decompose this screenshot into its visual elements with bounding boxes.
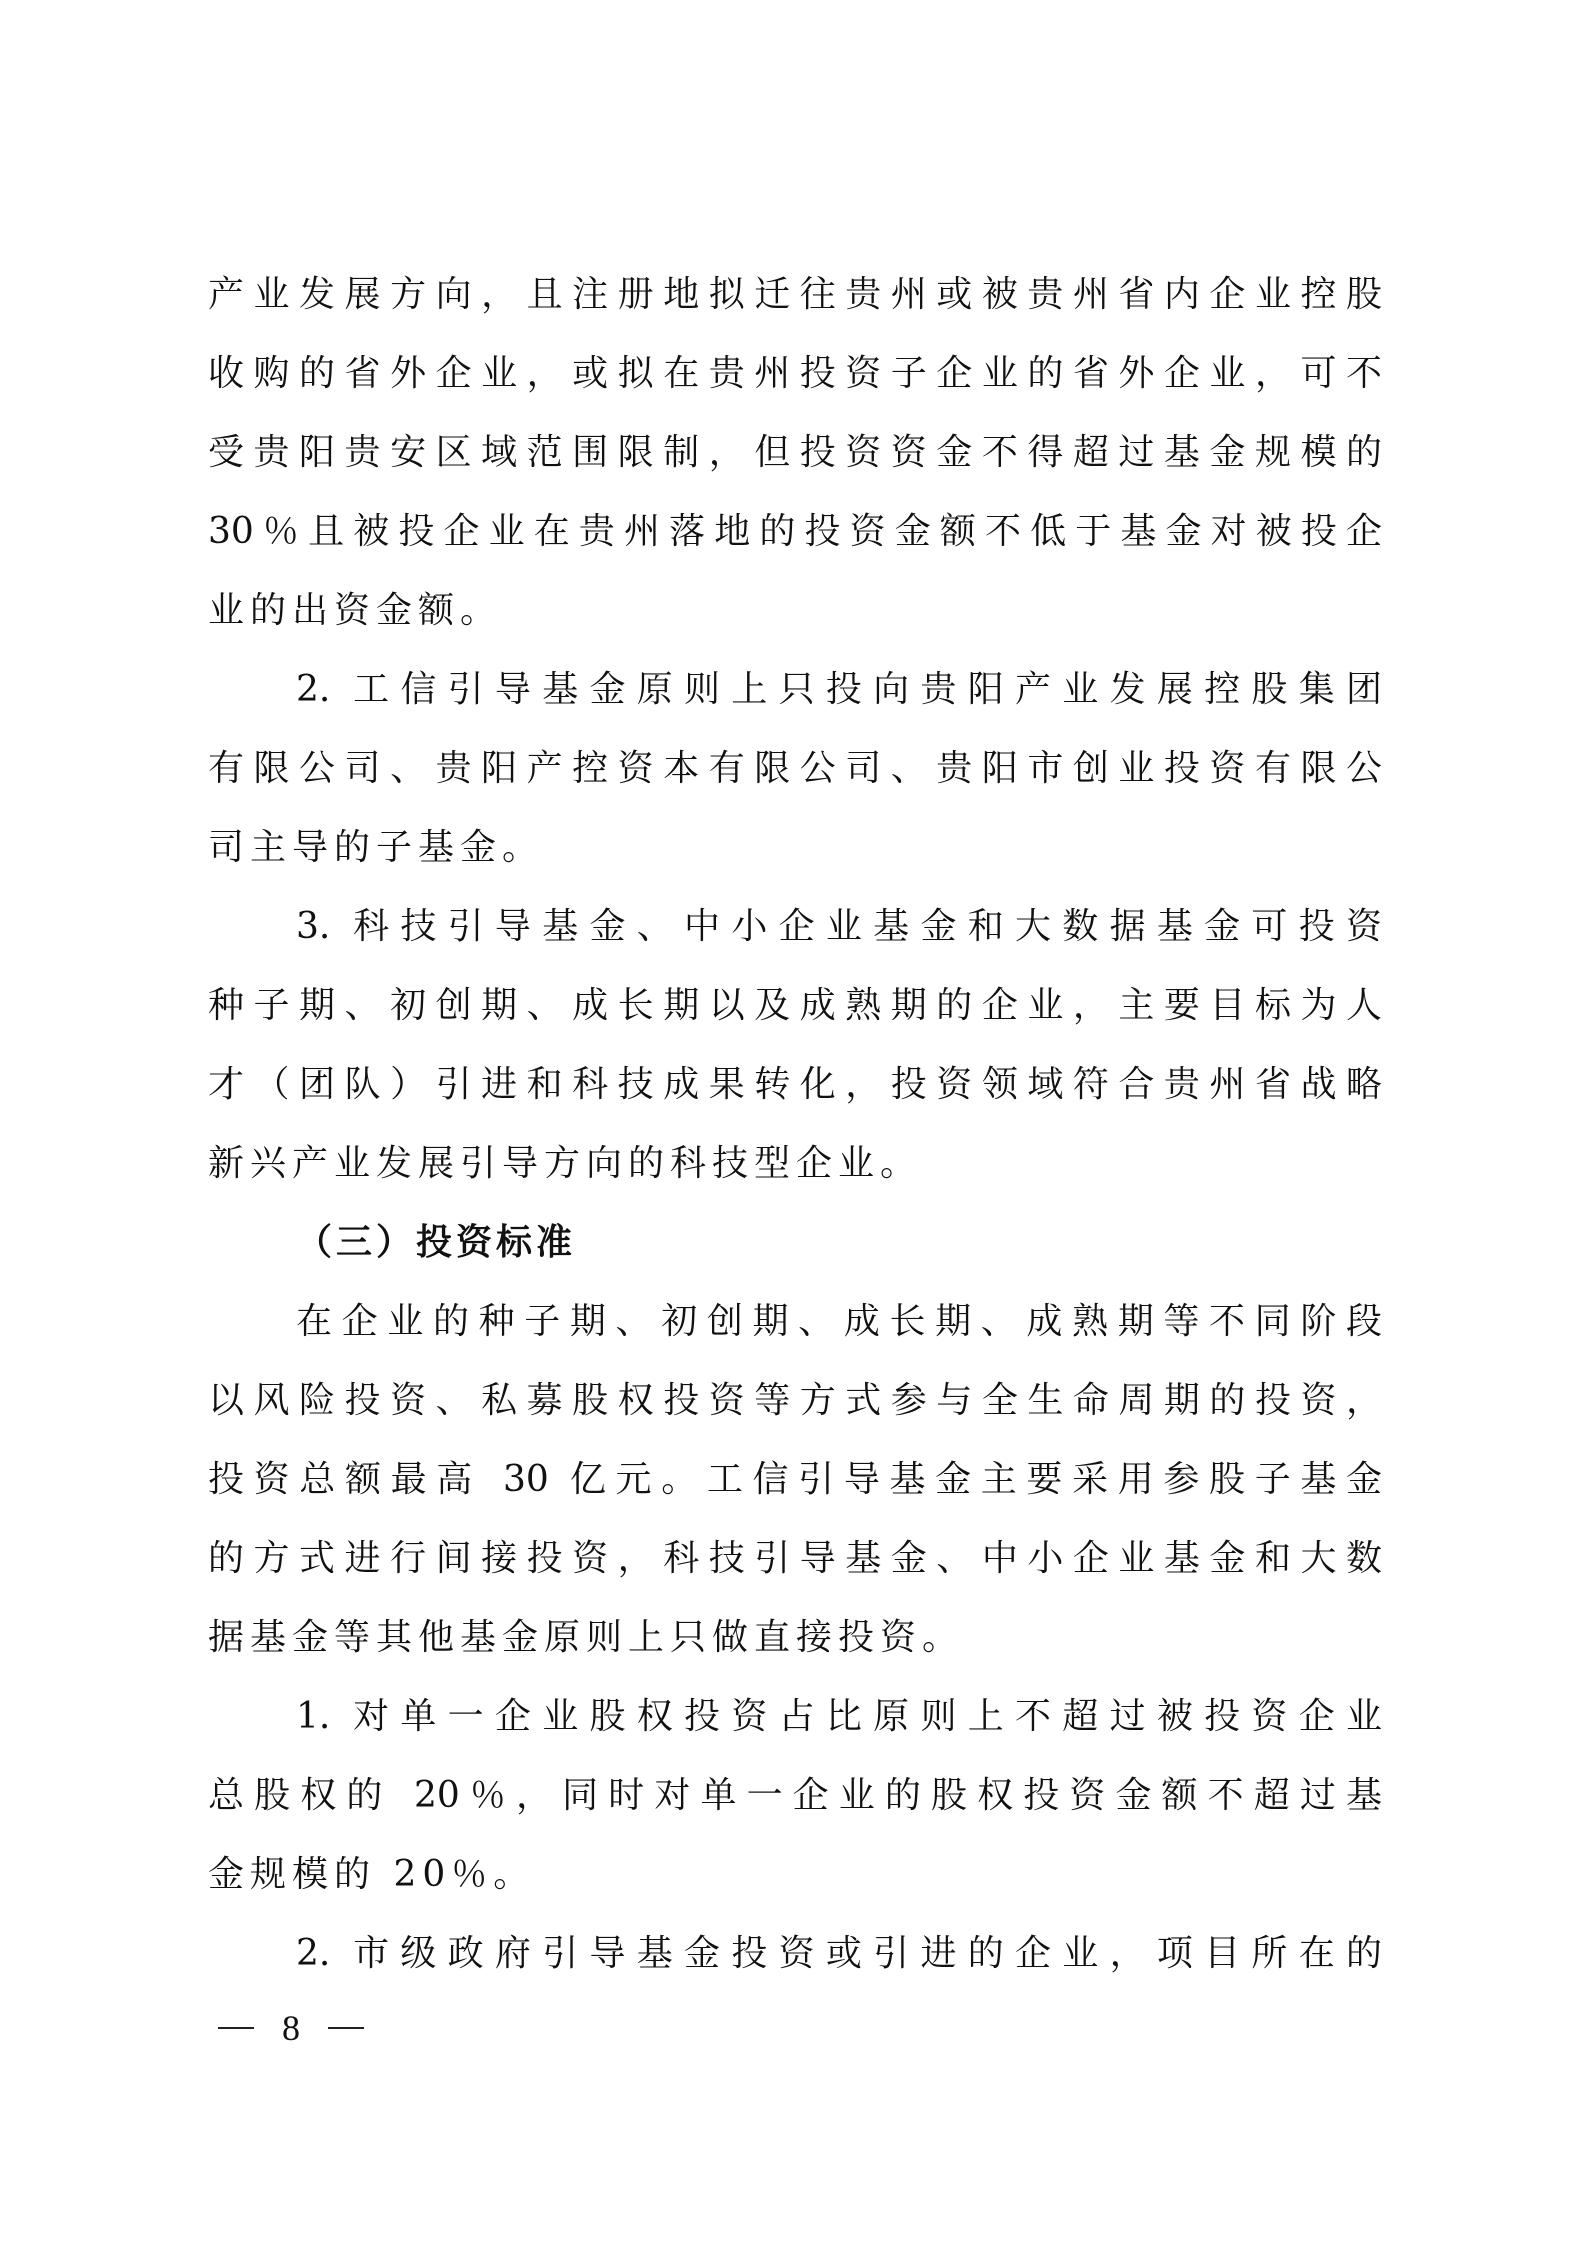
text-line: 30％且被投企业在贵州落地的投资金额不低于基金对被投企: [208, 492, 1382, 571]
text-line: 产业发展方向，且注册地拟迁往贵州或被贵州省内企业控股: [208, 255, 1382, 334]
text-line: 收购的省外企业，或拟在贵州投资子企业的省外企业，可不: [208, 334, 1382, 413]
document-body: 产业发展方向，且注册地拟迁往贵州或被贵州省内企业控股 收购的省外企业，或拟在贵州…: [208, 255, 1382, 1993]
text-line: 投资总额最高 30 亿元。工信引导基金主要采用参股子基金: [208, 1440, 1382, 1519]
list-item-first-line: 2. 市级政府引导基金投资或引进的企业，项目所在的: [208, 1914, 1382, 1993]
document-page: 产业发展方向，且注册地拟迁往贵州或被贵州省内企业控股 收购的省外企业，或拟在贵州…: [0, 0, 1587, 2245]
list-item-first-line: 2. 工信引导基金原则上只投向贵阳产业发展控股集团: [208, 650, 1382, 729]
text-line: 司主导的子基金。: [208, 808, 1382, 887]
text-line: 受贵阳贵安区域范围限制，但投资资金不得超过基金规模的: [208, 413, 1382, 492]
text-line: 金规模的 20％。: [208, 1835, 1382, 1914]
text-line: 新兴产业发展引导方向的科技型企业。: [208, 1124, 1382, 1203]
text-line: 的方式进行间接投资，科技引导基金、中小企业基金和大数: [208, 1519, 1382, 1598]
section-heading: （三）投资标准: [208, 1203, 1382, 1282]
text-line: 有限公司、贵阳产控资本有限公司、贵阳市创业投资有限公: [208, 729, 1382, 808]
text-line: 以风险投资、私募股权投资等方式参与全生命周期的投资，: [208, 1361, 1382, 1440]
page-number: 8: [218, 2006, 364, 2050]
text-line: 才（团队）引进和科技成果转化，投资领域符合贵州省战略: [208, 1045, 1382, 1124]
dash-left: [218, 2027, 254, 2029]
text-line: 据基金等其他基金原则上只做直接投资。: [208, 1598, 1382, 1677]
list-item-first-line: 1. 对单一企业股权投资占比原则上不超过被投资企业: [208, 1677, 1382, 1756]
dash-right: [328, 2027, 364, 2029]
page-number-value: 8: [282, 2007, 300, 2049]
text-line: 业的出资金额。: [208, 571, 1382, 650]
paragraph-first-line: 在企业的种子期、初创期、成长期、成熟期等不同阶段: [208, 1282, 1382, 1361]
list-item-first-line: 3. 科技引导基金、中小企业基金和大数据基金可投资: [208, 887, 1382, 966]
text-line: 总股权的 20％，同时对单一企业的股权投资金额不超过基: [208, 1756, 1382, 1835]
text-line: 种子期、初创期、成长期以及成熟期的企业，主要目标为人: [208, 966, 1382, 1045]
